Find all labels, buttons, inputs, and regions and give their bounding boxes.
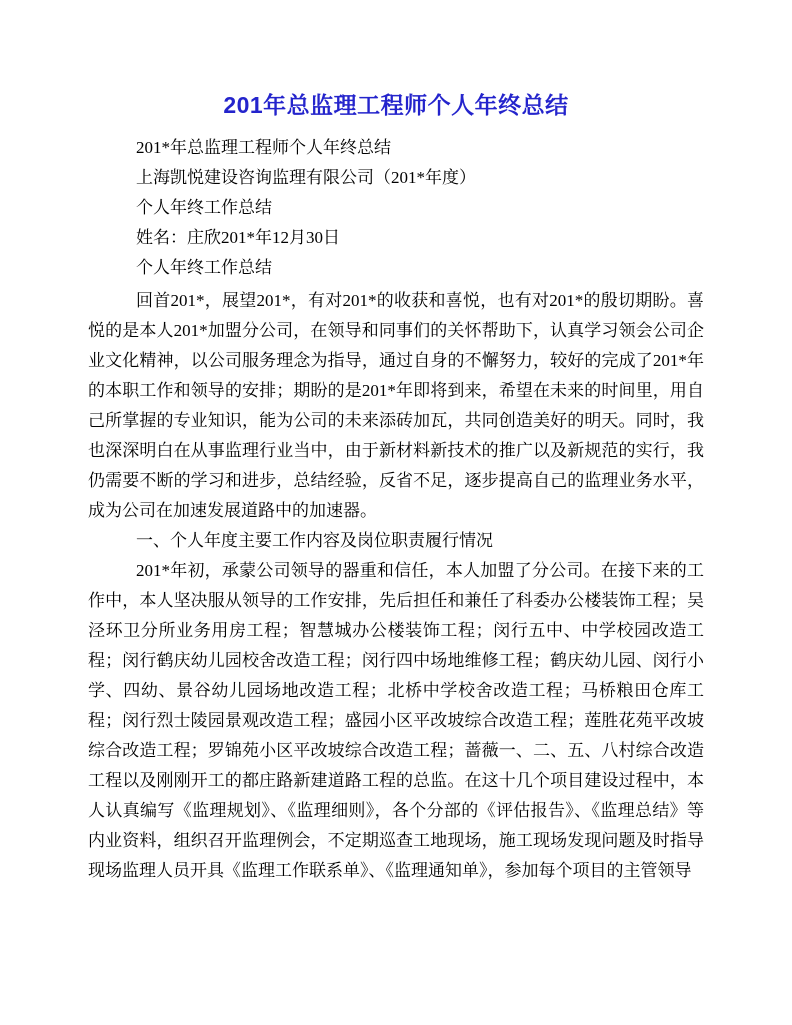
- document-page: 201年总监理工程师个人年终总结 201*年总监理工程师个人年终总结 上海凯悦建…: [0, 0, 792, 1025]
- meta-line-summary-label: 个人年终工作总结: [88, 193, 704, 223]
- meta-line-name-date: 姓名：庄欣201*年12月30日: [88, 223, 704, 253]
- paragraph-projects-list: 201*年初，承蒙公司领导的器重和信任，本人加盟了分公司。在接下来的工作中，本人…: [88, 556, 704, 886]
- document-body: 201*年总监理工程师个人年终总结 上海凯悦建设咨询监理有限公司（201*年度）…: [88, 133, 704, 886]
- paragraph-year-review: 回首201*，展望201*，有对201*的收获和喜悦，也有对201*的殷切期盼。…: [88, 286, 704, 526]
- document-title: 201年总监理工程师个人年终总结: [88, 90, 704, 120]
- meta-line-subtitle: 201*年总监理工程师个人年终总结: [88, 133, 704, 163]
- section-heading-work-content: 一、个人年度主要工作内容及岗位职责履行情况: [88, 526, 704, 556]
- meta-line-company: 上海凯悦建设咨询监理有限公司（201*年度）: [88, 163, 704, 193]
- meta-line-summary-label-2: 个人年终工作总结: [88, 253, 704, 283]
